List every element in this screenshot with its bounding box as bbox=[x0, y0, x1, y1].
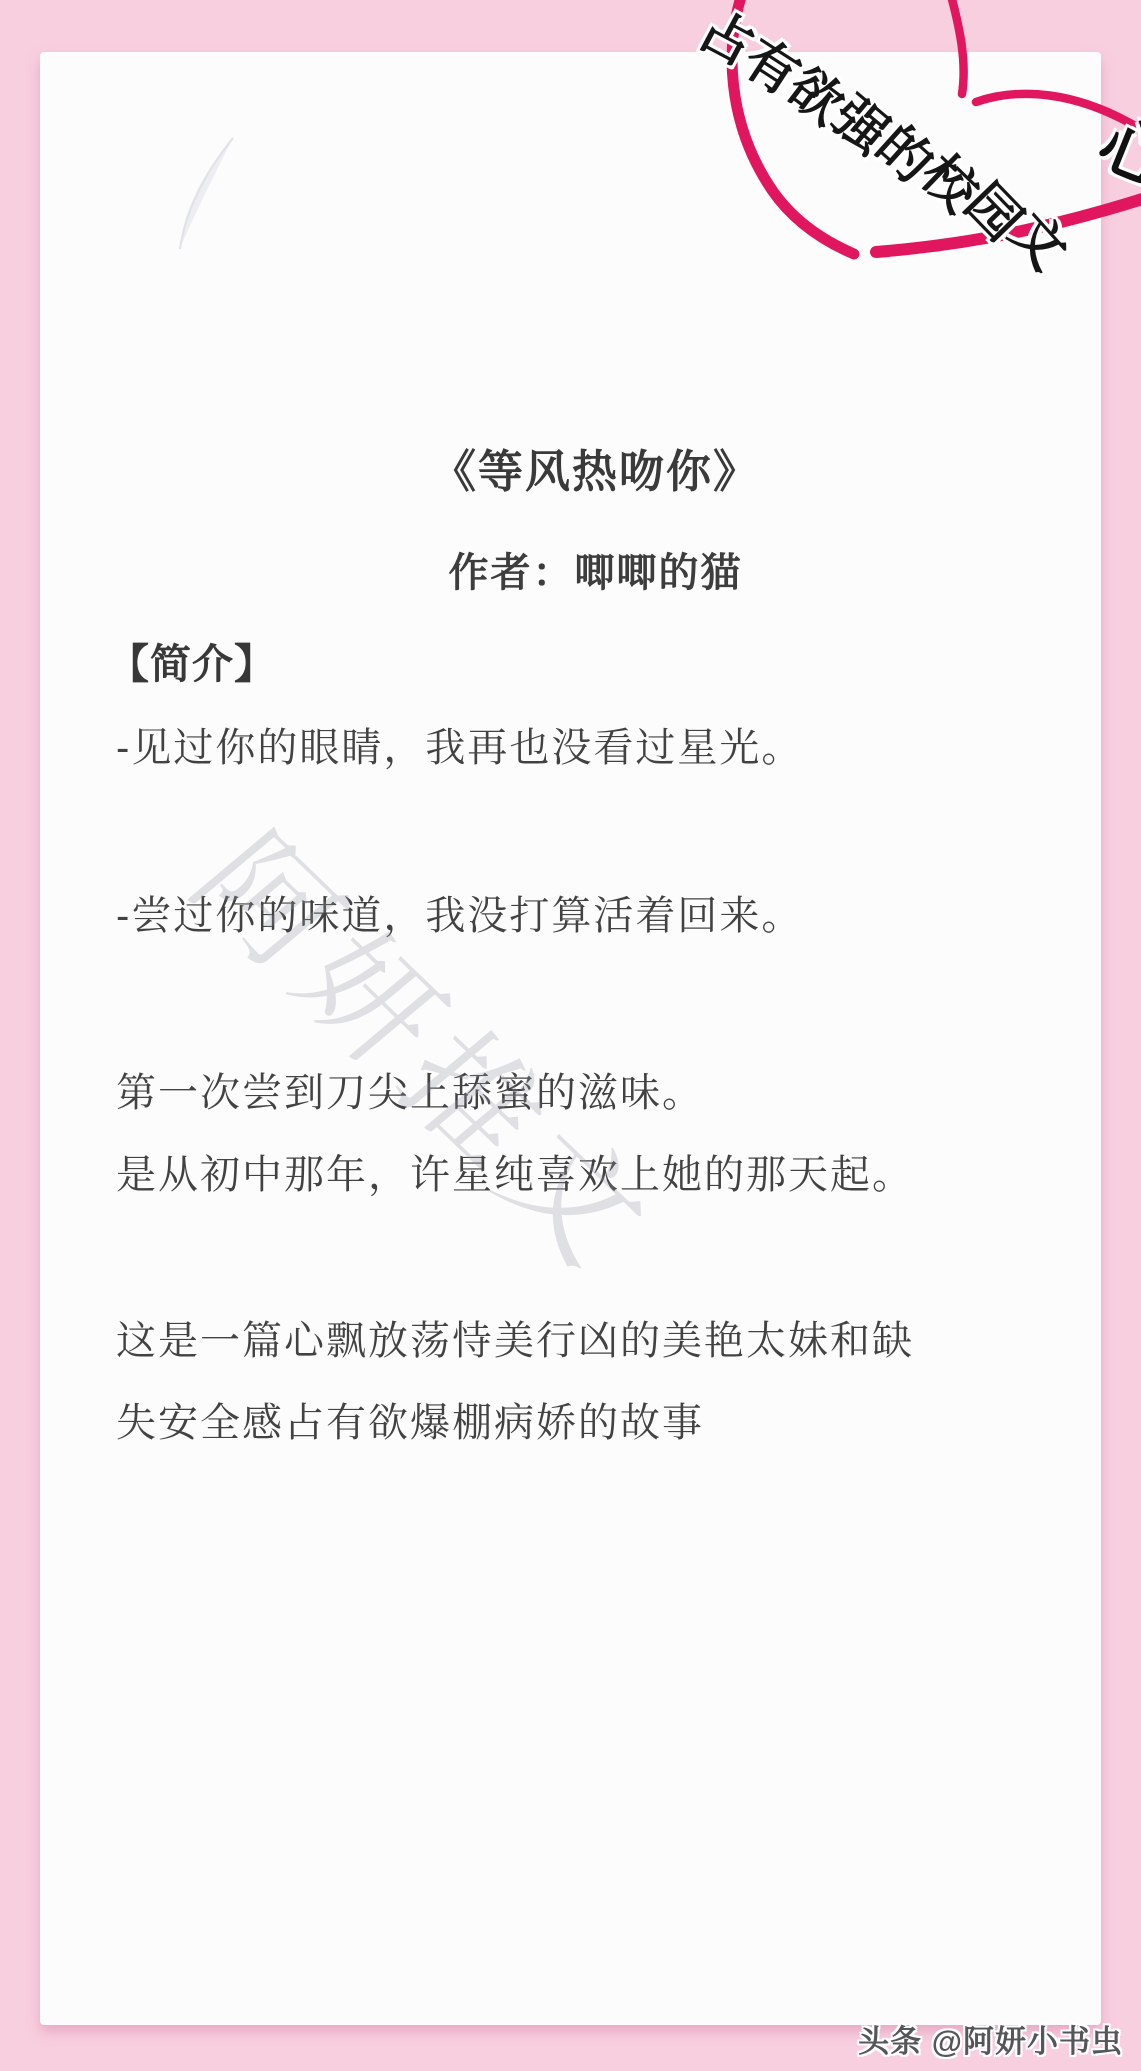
intro-line: 这是一篇心飘放荡恃美行凶的美艳太妹和缺 bbox=[116, 1309, 914, 1366]
book-author: 作者：唧唧的猫 bbox=[40, 541, 1101, 598]
intro-line: 第一次尝到刀尖上舔蜜的滋味。 bbox=[116, 1061, 704, 1118]
intro-section-label: 【简介】 bbox=[108, 631, 276, 690]
heart-outline-icon bbox=[0, 0, 1141, 300]
book-promo-poster: { "page": { "background_color": "#f8cfdf… bbox=[0, 0, 1141, 2071]
book-title: 《等风热吻你》 bbox=[40, 435, 1101, 500]
content-card: 《等风热吻你》 作者：唧唧的猫 【简介】 -见过你的眼睛，我再也没看过星光。 -… bbox=[40, 52, 1101, 2025]
publisher-credit: 头条 @阿妍小书虫 bbox=[858, 2016, 1123, 2061]
intro-line: 失安全感占有欲爆棚病娇的故事 bbox=[116, 1391, 704, 1448]
intro-line: -见过你的眼睛，我再也没看过星光。 bbox=[116, 716, 803, 773]
intro-line: -尝过你的味道，我没打算活着回来。 bbox=[116, 884, 803, 941]
intro-line: 是从初中那年，许星纯喜欢上她的那天起。 bbox=[116, 1143, 914, 1200]
